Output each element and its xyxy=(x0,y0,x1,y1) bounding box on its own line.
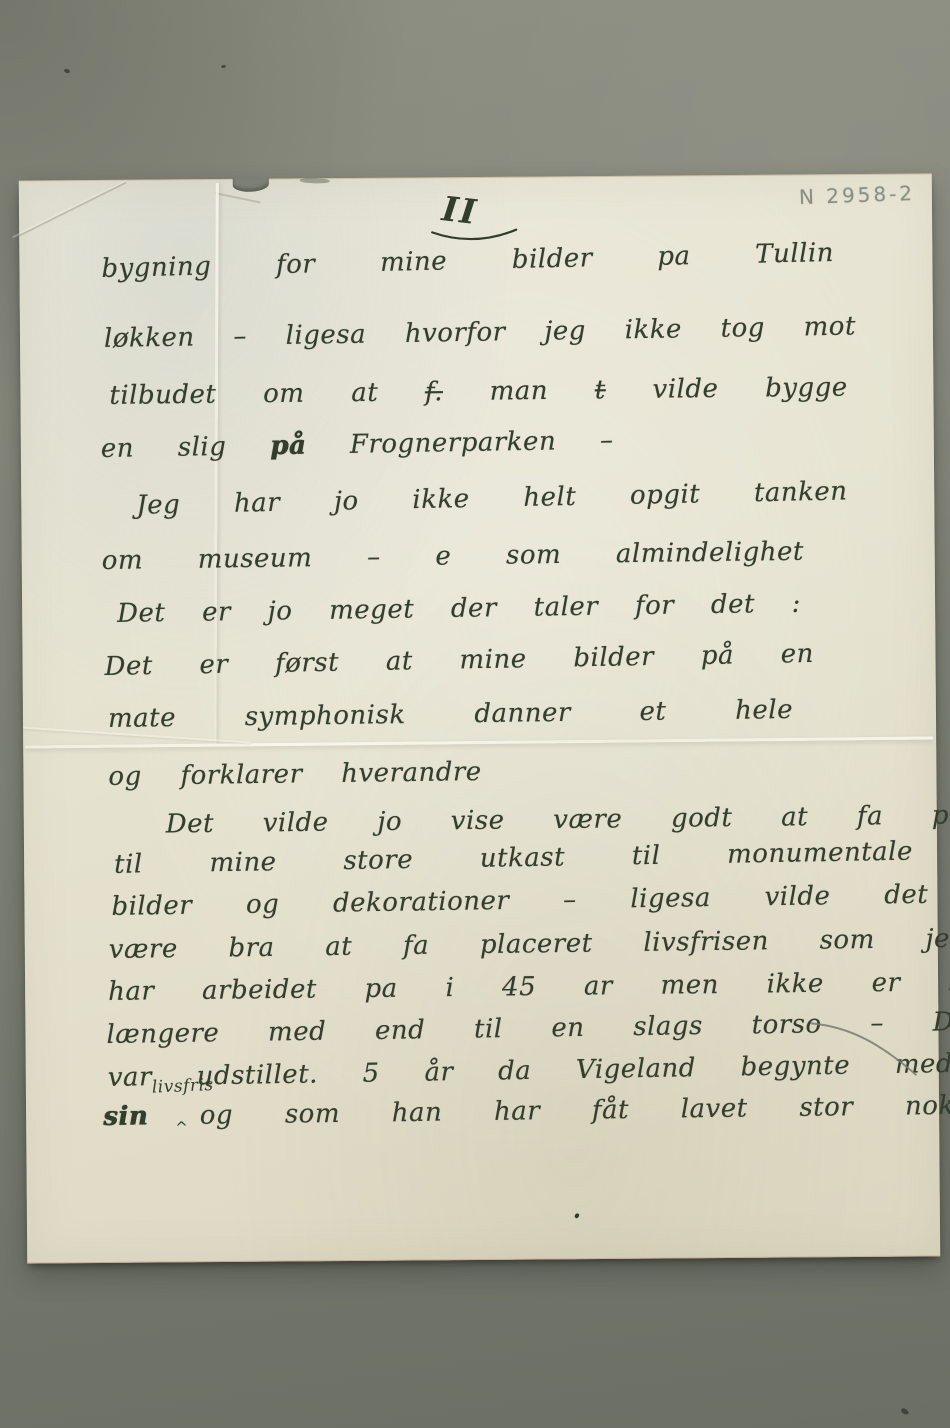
caret-insert-mark: ^ xyxy=(175,1118,188,1136)
handwriting-segment: til mine store utkast til monumentale xyxy=(114,837,913,880)
handwriting-line: har arbeidet pa i 45 ar men ikke er komm… xyxy=(108,966,950,1007)
handwriting-segment: om museum – e som almindelighet xyxy=(102,537,804,576)
handwriting-line: Det vilde jo vise være godt at fa plads xyxy=(166,800,950,840)
handwriting-segment: Frognerparken – xyxy=(350,425,614,459)
handwriting-line: Det er jo meget der taler for det : xyxy=(117,589,801,629)
letter-paper: N 2958-2 II bygning for mine bilder pa T… xyxy=(19,173,940,1263)
struck-word: f. xyxy=(425,377,443,407)
handwriting-line: være bra at fa placeret livsfrisen som j… xyxy=(109,924,950,965)
handwriting-segment: vilde bygge xyxy=(652,373,847,405)
handwriting-segment: Det er jo meget der taler for det : xyxy=(117,589,801,629)
handwriting-segment: Jeg har jo ikke helt opgit tanken xyxy=(136,476,848,520)
handwriting-line: Det er først at mine bilder på en xyxy=(104,639,814,682)
backdrop-speck xyxy=(64,68,71,74)
handwriting-segment: på xyxy=(270,431,307,462)
handwriting-line: bilder og dekorationer – ligesa vilde de… xyxy=(111,880,928,922)
pencil-stroke xyxy=(805,1017,924,1086)
handwriting-segment: tilbudet om at xyxy=(109,378,378,411)
handwriting-segment: løkken – ligesa hvorfor jeg ikke tog mot xyxy=(104,311,856,353)
handwriting-lines: bygning for mine bilder pa Tullinløkken … xyxy=(19,174,940,1262)
handwriting-segment: og som han har fåt lavet stor nok xyxy=(200,1091,950,1131)
backdrop-speck xyxy=(900,1407,909,1415)
struck-word: t xyxy=(595,375,606,405)
handwriting-segment: være bra at fa placeret livsfrisen som j… xyxy=(109,924,950,965)
handwriting-segment: en slig xyxy=(101,432,227,464)
handwriting-segment: har arbeidet pa i 45 ar men ikke er komm… xyxy=(108,966,950,1007)
handwriting-line: Jeg har jo ikke helt opgit tanken xyxy=(136,476,848,520)
handwriting-line: til mine store utkast til monumentale xyxy=(114,837,913,880)
handwriting-segment: mate symphonisk danner et hele xyxy=(108,695,793,734)
handwriting-line: tilbudet om at f. man t vilde bygge xyxy=(109,373,848,411)
handwriting-segment: man xyxy=(489,376,548,407)
handwriting-segment: og forklarer hverandre xyxy=(108,757,482,792)
scan-backdrop: N 2958-2 II bygning for mine bilder pa T… xyxy=(0,0,950,1428)
inserted-word: livsfris xyxy=(151,1075,214,1098)
handwriting-line: om museum – e som almindelighet xyxy=(102,537,804,576)
handwriting-segment: Det vilde jo vise være godt at fa plads xyxy=(166,800,950,840)
handwriting-line: mate symphonisk danner et hele xyxy=(108,695,793,734)
handwriting-line: bygning for mine bilder pa Tullin xyxy=(101,238,834,284)
handwriting-segment: sin xyxy=(103,1101,148,1132)
handwriting-segment: Det er først at mine bilder på en xyxy=(104,639,814,682)
handwriting-line: en slig på Frognerparken – xyxy=(101,425,614,463)
handwriting-line: og forklarer hverandre xyxy=(108,757,482,792)
handwriting-segment: bygning for mine bilder pa Tullin xyxy=(101,238,834,284)
handwriting-segment: bilder og dekorationer – ligesa vilde de… xyxy=(111,880,928,922)
handwriting-line: sin og som han har fåt lavet stor nok xyxy=(103,1091,950,1132)
backdrop-speck xyxy=(221,65,227,69)
handwriting-line: løkken – ligesa hvorfor jeg ikke tog mot xyxy=(104,311,856,353)
